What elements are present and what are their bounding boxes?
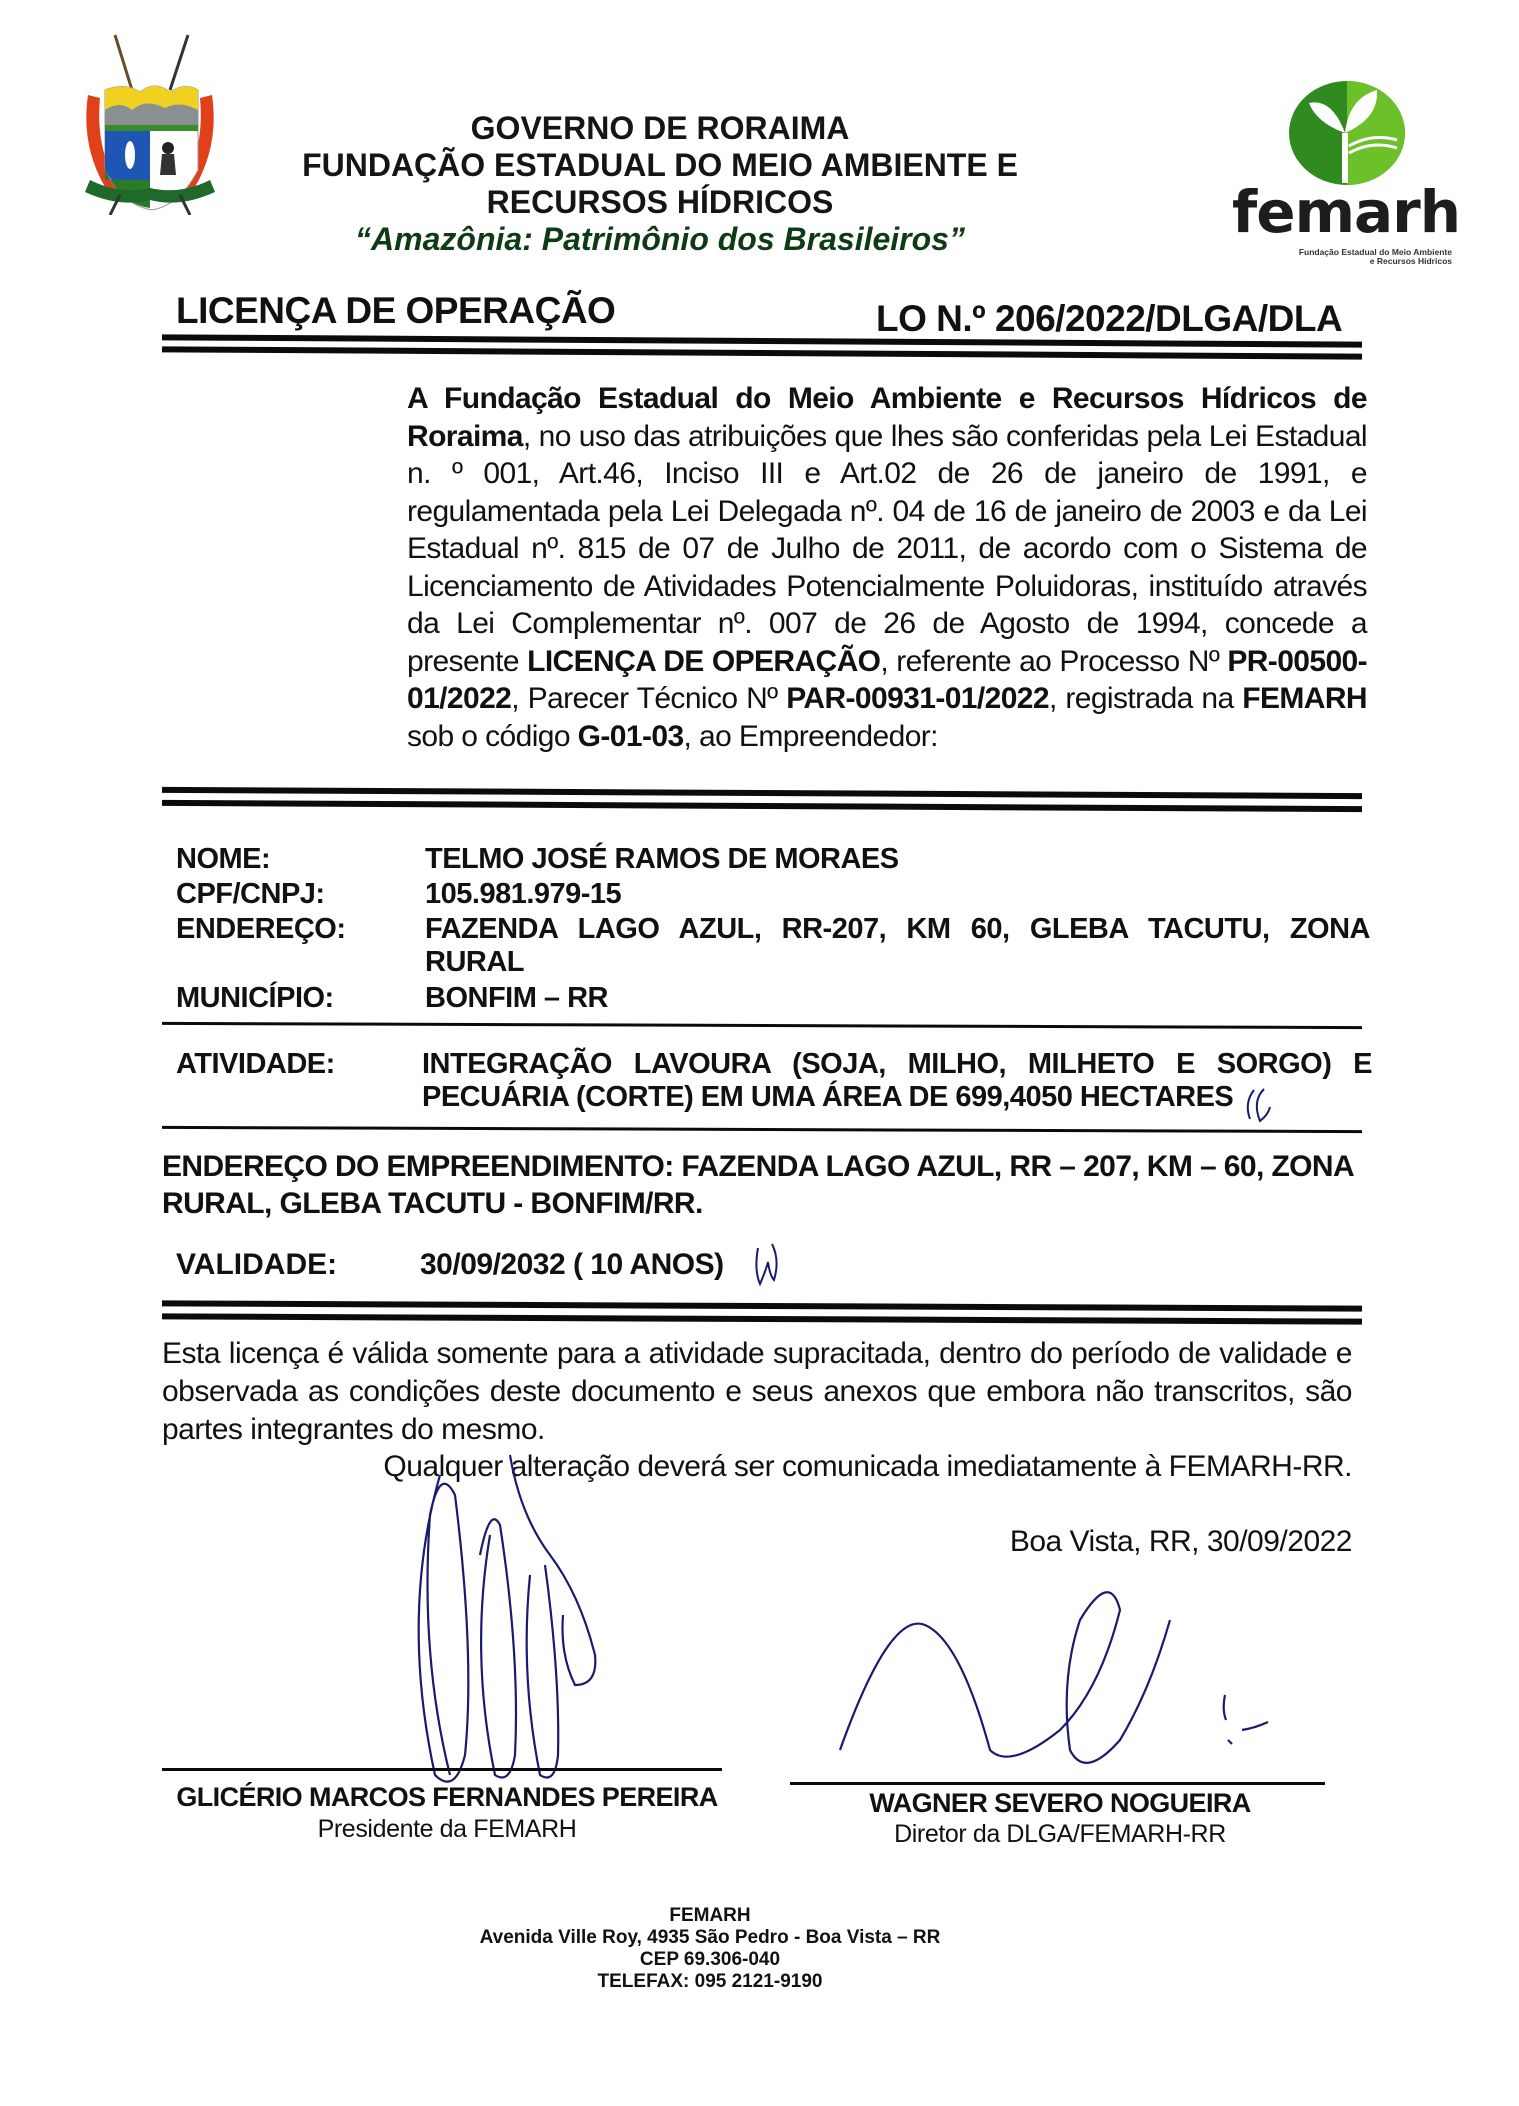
rule-after-entrepreneur <box>162 1022 1362 1029</box>
document-title: LICENÇA DE OPERAÇÃO <box>176 290 615 332</box>
initials-mark-icon <box>752 1240 782 1290</box>
signatory-role-president: Presidente da FEMARH <box>162 1815 732 1844</box>
foundation-name-line2: RECURSOS HÍDRICOS <box>280 184 1040 221</box>
document-number: LO N.º 206/2022/DLGA/DLA <box>876 298 1342 340</box>
roraima-coat-of-arms-icon <box>70 30 230 215</box>
place-and-date: Boa Vista, RR, 30/09/2022 <box>162 1525 1352 1559</box>
change-notice: Qualquer alteração deverá ser comunicada… <box>162 1450 1352 1484</box>
entrepreneur-name: TELMO JOSÉ RAMOS DE MORAES <box>425 843 1375 876</box>
activity-description: INTEGRAÇÃO LAVOURA (SOJA, MILHO, MILHETO… <box>422 1048 1372 1114</box>
validity-value: 30/09/2032 ( 10 ANOS) <box>420 1248 724 1282</box>
femarh-logo: femarh Fundação Estadual do Meio Ambient… <box>1232 78 1452 268</box>
letterhead: GOVERNO DE RORAIMA FUNDAÇÃO ESTADUAL DO … <box>280 110 1040 258</box>
signature-director-icon <box>830 1580 1300 1780</box>
initials-mark-icon <box>1242 1085 1282 1125</box>
entrepreneur-municipality: BONFIM – RR <box>425 982 1375 1015</box>
motto: “Amazônia: Patrimônio dos Brasileiros” <box>280 221 1040 258</box>
footer: FEMARH Avenida Ville Roy, 4935 São Pedro… <box>400 1905 1020 1993</box>
validity-label: VALIDADE: <box>176 1248 337 1282</box>
signature-line-director <box>790 1782 1325 1785</box>
technical-opinion-number: PAR-00931-01/2022 <box>786 682 1049 715</box>
double-rule-bottom-1 <box>162 1300 1362 1311</box>
femarh-wordmark: femarh <box>1232 183 1452 241</box>
footer-org: FEMARH <box>400 1905 1020 1927</box>
entrepreneur-address: FAZENDA LAGO AZUL, RR-207, KM 60, GLEBA … <box>425 913 1370 979</box>
double-rule-top-2 <box>162 346 1362 359</box>
signature-president-icon <box>380 1455 640 1795</box>
intro-paragraph: A Fundação Estadual do Meio Ambiente e R… <box>407 380 1367 755</box>
footer-address: Avenida Ville Roy, 4935 São Pedro - Boa … <box>400 1927 1020 1949</box>
femarh-subtitle: Fundação Estadual do Meio Ambiente e Rec… <box>1232 248 1452 267</box>
femarh-sprout-logo-icon <box>1287 78 1407 188</box>
enterprise-address: ENDEREÇO DO EMPREENDIMENTO: FAZENDA LAGO… <box>162 1148 1362 1222</box>
foundation-name-line1: FUNDAÇÃO ESTADUAL DO MEIO AMBIENTE E <box>280 147 1040 184</box>
rule-after-activity <box>162 1126 1362 1133</box>
signatory-role-director: Diretor da DLGA/FEMARH-RR <box>790 1820 1330 1849</box>
signatory-name-president: GLICÉRIO MARCOS FERNANDES PEREIRA <box>162 1782 732 1813</box>
government-name: GOVERNO DE RORAIMA <box>280 110 1040 147</box>
double-rule-bottom-2 <box>162 1313 1362 1324</box>
registry-code: G-01-03 <box>578 720 684 753</box>
footer-phone: TELEFAX: 095 2121-9190 <box>400 1971 1020 1993</box>
signature-line-president <box>162 1768 722 1771</box>
double-rule-mid-2 <box>162 800 1362 812</box>
closing-paragraph: Esta licença é válida somente para a ati… <box>162 1335 1352 1449</box>
signatory-name-director: WAGNER SEVERO NOGUEIRA <box>790 1788 1330 1819</box>
double-rule-mid-1 <box>162 787 1362 799</box>
footer-cep: CEP 69.306-040 <box>400 1949 1020 1971</box>
entrepreneur-cpf: 105.981.979-15 <box>425 878 1375 911</box>
